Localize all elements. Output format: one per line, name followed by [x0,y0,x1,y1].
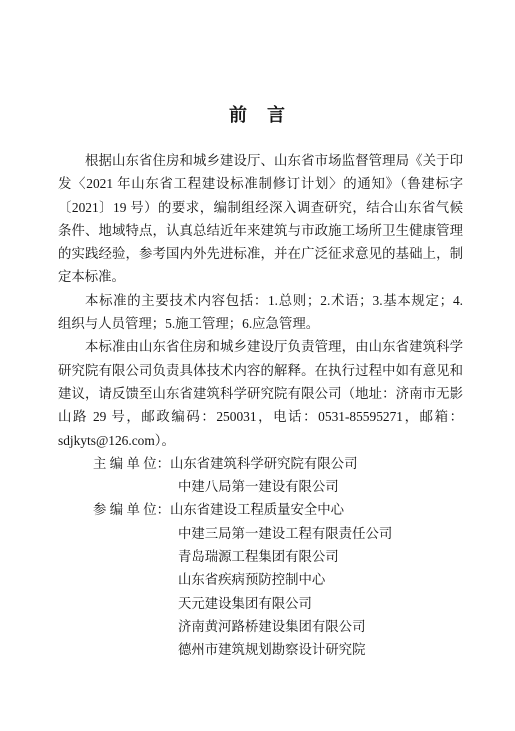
paragraph-line: sdjkyts@126.com）。 [58,429,463,452]
participant-editor-label: 参 编 单 位： [58,502,170,517]
paragraph-line: 本标准的主要技术内容包括：1.总则；2.术语；3.基本规定；4. [58,289,463,312]
chief-editor-row: 中建八局第一建设有限公司 [58,475,463,498]
paragraph-line: 山路 29 号，邮政编码：250031，电话：0531-85595271，邮箱： [58,405,463,428]
paragraph-line: 发〈2021 年山东省工程建设标准制修订计划〉的通知》（鲁建标字 [58,172,463,195]
participant-editor-row: 德州市建筑规划勘察设计研究院 [58,638,463,661]
paragraph-line: 根据山东省住房和城乡建设厅、山东省市场监督管理局《关于印 [58,149,463,172]
paragraph-line: 条件、地域特点，认真总结近年来建筑与市政施工场所卫生健康管理 [58,219,463,242]
participant-editor-row: 青岛瑞源工程集团有限公司 [58,545,463,568]
editor-unit: 中建八局第一建设有限公司 [178,479,339,494]
participant-editor-row: 山东省疾病预防控制中心 [58,568,463,591]
editor-unit: 山东省建筑科学研究院有限公司 [170,456,357,471]
editor-unit: 天元建设集团有限公司 [178,596,312,611]
paragraph-line: 建议，请反馈至山东省建筑科学研究院有限公司（地址：济南市无影 [58,382,463,405]
paragraph-1: 根据山东省住房和城乡建设厅、山东省市场监督管理局《关于印 发〈2021 年山东省… [58,149,463,289]
participant-editor-row: 济南黄河路桥建设集团有限公司 [58,615,463,638]
editor-unit: 中建三局第一建设工程有限责任公司 [178,526,392,541]
editor-unit: 青岛瑞源工程集团有限公司 [178,549,339,564]
participant-editor-row: 参 编 单 位：山东省建设工程质量安全中心 [58,498,463,521]
chief-editor-label: 主 编 单 位： [58,456,170,471]
editor-unit: 济南黄河路桥建设集团有限公司 [178,619,365,634]
chief-editor-row: 主 编 单 位：山东省建筑科学研究院有限公司 [58,452,463,475]
editor-unit: 山东省建设工程质量安全中心 [170,502,344,517]
paragraph-line: 研究院有限公司负责具体技术内容的解释。在执行过程中如有意见和 [58,359,463,382]
editor-unit: 山东省疾病预防控制中心 [178,572,325,587]
paragraph-line: 定本标准。 [58,265,463,288]
editor-unit: 德州市建筑规划勘察设计研究院 [178,642,365,657]
paragraph-line: 〔2021〕19 号）的要求，编制组经深入调查研究，结合山东省气候 [58,196,463,219]
paragraph-3: 本标准由山东省住房和城乡建设厅负责管理，由山东省建筑科学 研究院有限公司负责具体… [58,335,463,451]
document-page: 前 言 根据山东省住房和城乡建设厅、山东省市场监督管理局《关于印 发〈2021 … [0,0,515,731]
participant-editor-row: 中建三局第一建设工程有限责任公司 [58,522,463,545]
document-body: 根据山东省住房和城乡建设厅、山东省市场监督管理局《关于印 发〈2021 年山东省… [0,149,515,662]
paragraph-line: 的实践经验，参考国内外先进标准，并在广泛征求意见的基础上，制 [58,242,463,265]
participant-editor-row: 天元建设集团有限公司 [58,592,463,615]
editors-section: 主 编 单 位：山东省建筑科学研究院有限公司 中建八局第一建设有限公司 参 编 … [58,452,463,662]
paragraph-line: 组织与人员管理；5.施工管理；6.应急管理。 [58,312,463,335]
paragraph-2: 本标准的主要技术内容包括：1.总则；2.术语；3.基本规定；4. 组织与人员管理… [58,289,463,336]
page-title: 前 言 [0,0,515,129]
paragraph-line: 本标准由山东省住房和城乡建设厅负责管理，由山东省建筑科学 [58,335,463,358]
